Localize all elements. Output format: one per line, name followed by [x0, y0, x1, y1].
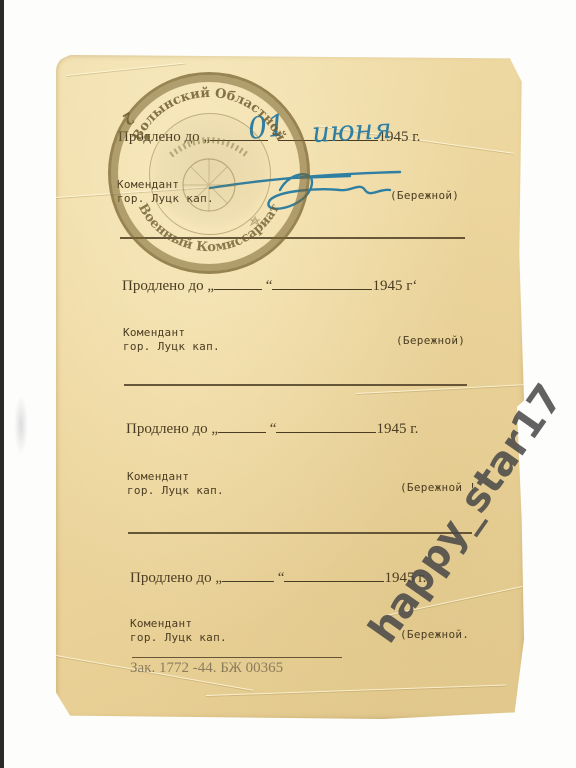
official-stamp: Волынский Областной Военный Комиссариат: [108, 72, 310, 274]
handwritten-month: июня: [311, 112, 392, 149]
month-blank: [284, 580, 384, 582]
scan-smudge: [14, 395, 28, 455]
paper-crease: [66, 62, 185, 76]
section-3-commandant: Комендант гор. Луцк кап.: [127, 470, 224, 498]
section-2-extended-line: Продлено до „ “1945 г‘: [122, 278, 417, 295]
section-divider: [132, 657, 342, 658]
section-4-commandant: Комендант гор. Луцк кап.: [130, 617, 227, 645]
section-2-commandant: Комендант гор. Луцк кап.: [123, 326, 220, 354]
print-order-number: Зак. 1772 -44. БЖ 00365: [130, 660, 283, 677]
month-blank: [276, 431, 376, 433]
section-2-name: (Бережной): [396, 334, 465, 348]
month-blank: [272, 288, 372, 290]
stamp-ring-text: Волынский Областной Военный Комиссариат: [111, 75, 307, 271]
svg-text:Волынский Областной: Волынский Областной: [130, 86, 288, 144]
section-3-extended-line: Продлено до „ “1945 г.: [126, 421, 418, 438]
section-4-extended-line: Продлено до „ “1945 г.: [130, 570, 426, 587]
day-blank: [214, 288, 262, 290]
section-divider: [128, 532, 472, 534]
section-1-name: (Бережной): [390, 189, 459, 203]
section-divider: [124, 384, 467, 386]
day-blank: [222, 580, 274, 582]
scan-border: [0, 0, 4, 768]
day-blank: [218, 431, 266, 433]
